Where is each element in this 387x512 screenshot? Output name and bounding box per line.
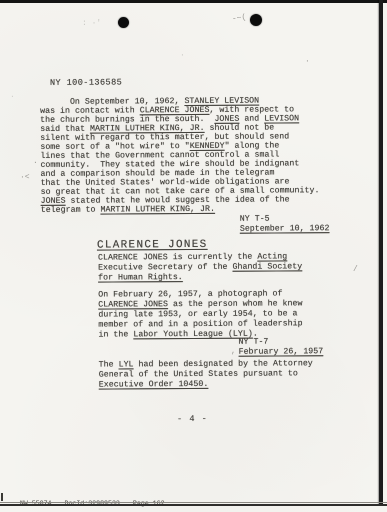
scanned-document-page: -~( : ·' · · . ·< / , . NY 100-136585 On… bbox=[0, 0, 387, 512]
source-date: February 26, 1957 bbox=[239, 347, 324, 358]
file-number: NY 100-136585 bbox=[50, 77, 122, 87]
paragraph-ghandi-society: CLARENCE JONES is currently the ActingEx… bbox=[98, 252, 338, 283]
paragraph-levison-jones: On September 10, 1962, STANLEY LEVISONwa… bbox=[40, 96, 341, 215]
section-heading-clarence-jones: CLARENCE JONES bbox=[97, 239, 208, 252]
paragraph-lyl-designation: The LYL had been designated by the Attor… bbox=[99, 359, 339, 390]
source-date: September 10, 1962 bbox=[240, 224, 330, 235]
paragraph-photograph-1957: On February 26, 1957, a photograph ofCLA… bbox=[98, 289, 338, 340]
page-number: - 4 - bbox=[177, 414, 208, 424]
source-ref-ny-t5: NY T-5 September 10, 1962 bbox=[240, 214, 330, 235]
document-content: NY 100-136585 On September 10, 1962, STA… bbox=[0, 0, 387, 512]
scan-corner-mark bbox=[1, 493, 3, 501]
source-id: NY T-7 bbox=[239, 337, 324, 348]
source-ref-ny-t7: NY T-7 February 26, 1957 bbox=[239, 337, 324, 358]
source-id: NY T-5 bbox=[240, 214, 330, 225]
scan-border-bottom-thin bbox=[0, 502, 387, 503]
scan-border-bottom bbox=[0, 504, 387, 506]
